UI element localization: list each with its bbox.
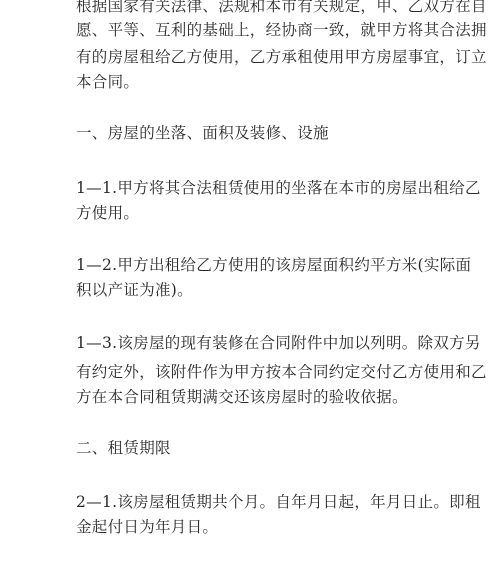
section-2-heading: 二、租赁期限 <box>76 438 426 458</box>
intro-line-2: 愿、平等、互利的基础上，经协商一致，就甲方将其合法拥 <box>76 20 426 40</box>
intro-line-3: 有的房屋租给乙方使用，乙方承租使用甲方房屋事宜，订立 <box>76 47 426 67</box>
clause-1-2-line-1: 1—2.甲方出租给乙方使用的该房屋面积约平方米(实际面 <box>76 255 426 275</box>
intro-line-1: 根据国家有关法律、法规和本市有关规定，甲、乙双方在自 <box>76 0 426 16</box>
clause-2-1-line-1: 2—1.该房屋租赁期共个月。自年月日起，年月日止。即租 <box>76 492 426 512</box>
clause-1-2-line-2: 积以产证为准)。 <box>76 280 426 300</box>
clause-1-3-line-1: 1—3.该房屋的现有装修在合同附件中加以列明。除双方另 <box>76 333 426 353</box>
clause-1-1-line-1: 1—1.甲方将其合法租赁使用的坐落在本市的房屋出租给乙 <box>76 178 426 198</box>
section-1-heading: 一、房屋的坐落、面积及装修、设施 <box>76 123 426 143</box>
clause-1-1-line-2: 方使用。 <box>76 203 426 223</box>
clause-1-3-line-3: 方在本合同租赁期满交还该房屋时的验收依据。 <box>76 387 426 407</box>
clause-2-1-line-2: 金起付日为年月日。 <box>76 517 426 537</box>
intro-line-4: 本合同。 <box>76 72 426 92</box>
clause-1-3-line-2: 有约定外，该附件作为甲方按本合同约定交付乙方使用和乙 <box>76 362 426 382</box>
document-page: 根据国家有关法律、法规和本市有关规定，甲、乙双方在自 愿、平等、互利的基础上，经… <box>0 0 500 565</box>
